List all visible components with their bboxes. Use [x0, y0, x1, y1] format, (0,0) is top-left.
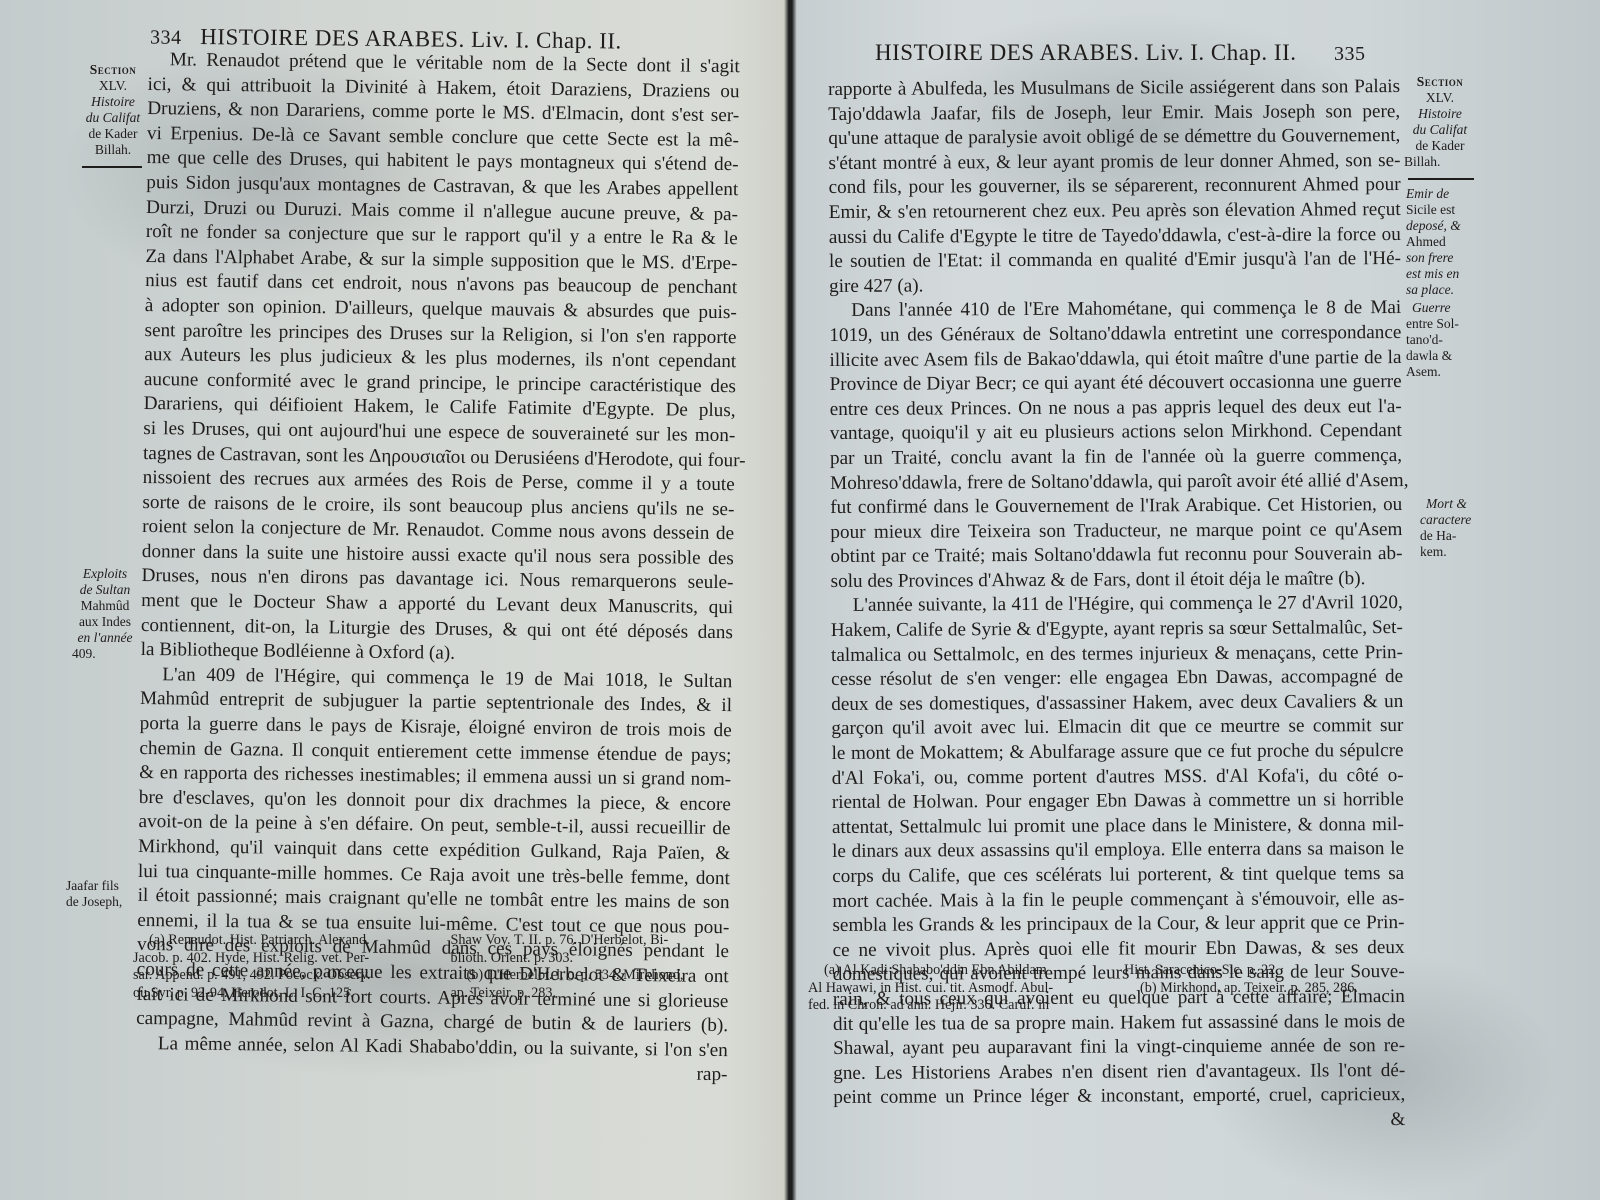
- text-line: qu'une attaque de paralysie avoit obligé…: [828, 124, 1400, 152]
- text-line: fut confirmé dans le Gouvernement de l'I…: [830, 493, 1402, 521]
- text-line: Hakem, Calife de Syrie & d'Egypte, ayant…: [831, 616, 1403, 644]
- text-line: solu des Provinces d'Ahwaz & de Fars, do…: [831, 567, 1403, 595]
- margin-note-exploits: Exploits de Sultan Mahmûd aux Indes en l…: [72, 566, 138, 662]
- margin-note-emir: Emir de Sicile est deposé, & Ahmed son f…: [1406, 186, 1476, 298]
- margin-line: Section: [78, 62, 148, 78]
- text-line: le mont de Mokattem; & Abulfarage assure…: [831, 739, 1403, 767]
- text-line: Mohreso'ddawla, frere de Soltano'ddawla,…: [830, 468, 1402, 496]
- text-line: cesse résolut de s'en venger: elle engag…: [831, 665, 1403, 693]
- footnote-line: blioth. Orient. p. 303.: [451, 950, 759, 968]
- text-line: attentat, Settalmulc lui promit une plac…: [832, 813, 1404, 841]
- text-line: pour mieux dire Teixeira son Traducteur,…: [830, 518, 1402, 546]
- text-line: riental de Holwan. Pour engager Ebn Dawa…: [832, 788, 1404, 816]
- text-line: Emir, & s'en retournerent chez eux. Peu …: [829, 198, 1401, 226]
- open-book-spread: 334 HISTOIRE DES ARABES. Liv. I. Chap. I…: [0, 0, 1600, 1200]
- text-line: le soutien de l'Etat: il commanda en qua…: [829, 247, 1401, 275]
- text-line: vantage, quoiqu'il y ait eu plusieurs ac…: [830, 419, 1402, 447]
- running-head-right: HISTOIRE DES ARABES. Liv. I. Chap. II. 3…: [875, 40, 1366, 66]
- margin-line: Section: [1404, 74, 1476, 90]
- margin-line: Mort &: [1420, 496, 1486, 512]
- margin-line: kem.: [1420, 544, 1486, 560]
- margin-line: caractere: [1420, 512, 1486, 528]
- text-line: obtint par ce Traité; mais Soltano'ddawl…: [830, 542, 1402, 570]
- footnote-column: (a) Al Kadi Shababo'ddin Ebn Abildam Al …: [808, 962, 1112, 1015]
- footnote-line: (b) Mirkhond, ap. Teixeir. p. 285, 286.: [1124, 980, 1428, 998]
- text-line: d'Al Foka'i, ou, comme portent d'autres …: [832, 764, 1404, 792]
- margin-line: du Califat: [78, 110, 148, 126]
- margin-line: Sicile est: [1406, 202, 1476, 218]
- margin-line: en l'année: [72, 630, 138, 646]
- footnote-line: (a) Renaudot. Hist. Patriarch. Alexand.: [133, 932, 441, 950]
- margin-line: de Kader: [78, 126, 148, 142]
- text-line: par un Traité, conclu avant la fin de l'…: [830, 444, 1402, 472]
- footnote-line: (a) Al Kadi Shababo'ddin Ebn Abildam: [808, 962, 1112, 980]
- margin-line: Histoire: [78, 94, 148, 110]
- margin-note-jaafar: Jaafar fils de Joseph,: [66, 878, 136, 910]
- page-number: 335: [1334, 43, 1366, 65]
- margin-line: sa place.: [1406, 282, 1476, 298]
- footnotes-left: (a) Renaudot. Hist. Patriarch. Alexand. …: [133, 932, 758, 1002]
- text-line: L'année suivante, la 411 de l'Hégire, qu…: [831, 591, 1403, 619]
- text-line: entre ces deux Princes. On ne nous a pas…: [830, 395, 1402, 423]
- text-line: Province de Diyar Becr; ce qui ayant été…: [830, 370, 1402, 398]
- margin-note-mort: Mort & caractere de Ha- kem.: [1420, 496, 1486, 560]
- margin-line: XLV.: [1404, 90, 1476, 106]
- margin-line: Emir de: [1406, 186, 1476, 202]
- text-line: 1019, un des Généraux de Soltano'ddawla …: [829, 321, 1401, 349]
- left-page: 334 HISTOIRE DES ARABES. Liv. I. Chap. I…: [0, 0, 770, 1200]
- text-line: illicite avec Asem fils de Bakao'ddawla,…: [829, 346, 1401, 374]
- footnote-line: Al Hawawi, in Hist. cui. tit. Asmodf. Ab…: [808, 980, 1112, 998]
- text-line: gne. Les Historiens Arabes n'en disent r…: [833, 1059, 1405, 1087]
- footnote-column: Hist. Saracenico-Sic. p. 22. (b) Mirkhon…: [1124, 962, 1428, 1015]
- running-head-title: HISTOIRE DES ARABES. Liv. I. Chap. II.: [875, 40, 1297, 65]
- margin-note-guerre: Guerre entre Sol- tano'd- dawla & Asem.: [1406, 300, 1476, 380]
- catchword: &: [833, 1108, 1405, 1136]
- margin-line: son frere: [1406, 250, 1476, 266]
- margin-line: de Sultan: [72, 582, 138, 598]
- text-line: aussi du Calife d'Egypte le titre de Tay…: [829, 223, 1401, 251]
- footnote-line: ap. Teixeir. p. 283.: [451, 985, 759, 1003]
- text-line: talmalica ou Settalmolc, en des termes i…: [831, 641, 1403, 669]
- margin-line: Billah.: [1404, 154, 1476, 170]
- text-line: s'étant montré à eux, & leur ayant promi…: [828, 149, 1400, 177]
- margin-line: entre Sol-: [1406, 316, 1476, 332]
- text-line: peint comme un Prince léger & inconstant…: [833, 1083, 1405, 1111]
- margin-line: Guerre: [1406, 300, 1476, 316]
- footnote-line: (b) D'Herbelot. l. c. p. 534. Mirkhond,: [451, 967, 759, 985]
- margin-line: Exploits: [72, 566, 138, 582]
- footnote-line: Jacob. p. 402. Hyde, Hist. Relig. vet. P…: [133, 950, 441, 968]
- margin-line: de Ha-: [1420, 528, 1486, 544]
- text-line: mort cachée. Mais à la fin le peuple com…: [832, 887, 1404, 915]
- margin-line: Histoire: [1404, 106, 1476, 122]
- footnote-line: fed. in Chron. ad ann. Hejir. 336. Caruf…: [808, 997, 1112, 1015]
- text-line: Shawal, ayant peu auparavant fini la vin…: [833, 1034, 1405, 1062]
- text-line: cond fils, pour les gouverner, ils se sé…: [829, 173, 1401, 201]
- margin-line: 409.: [72, 646, 138, 662]
- text-line: rapporte à Abulfeda, les Musulmans de Si…: [828, 75, 1400, 103]
- page-number: 334: [150, 27, 182, 49]
- margin-line: dawla &: [1406, 348, 1476, 364]
- margin-line: du Califat: [1404, 122, 1476, 138]
- text-line: corps du Calife, que ces scélérats lui p…: [832, 862, 1404, 890]
- text-line: sembla les Grands & les principaux de la…: [832, 911, 1404, 939]
- margin-line: tano'd-: [1406, 332, 1476, 348]
- margin-note-section: Section XLV. Histoire du Califat de Kade…: [1404, 74, 1476, 170]
- margin-line: XLV.: [78, 78, 148, 94]
- text-line: Tajo'ddawla Jaafar, fils de Joseph, leur…: [828, 100, 1400, 128]
- footnote-line: sar. Append. p. 491, 492. Pocock. Observ…: [133, 967, 441, 985]
- text-line: garçon qu'il avoit avec lui. Elmacin dit…: [831, 714, 1403, 742]
- margin-line: Ahmed: [1406, 234, 1476, 250]
- margin-line: Billah.: [78, 142, 148, 158]
- margin-note-section: Section XLV. Histoire du Califat de Kade…: [78, 62, 148, 158]
- margin-rule: [1408, 178, 1474, 180]
- right-page: HISTOIRE DES ARABES. Liv. I. Chap. II. 3…: [780, 0, 1600, 1200]
- margin-rule: [82, 166, 142, 168]
- margin-line: deposé, &: [1406, 218, 1476, 234]
- margin-line: est mis en: [1406, 266, 1476, 282]
- margin-line: Mahmûd: [72, 598, 138, 614]
- text-line: Dans l'année 410 de l'Ere Mahométane, qu…: [829, 296, 1401, 324]
- footnote-line: Shaw Voy. T. II. p. 76. D'Herbelot, Bi-: [451, 932, 759, 950]
- margin-line: aux Indes: [72, 614, 138, 630]
- footnote-column: Shaw Voy. T. II. p. 76. D'Herbelot, Bi- …: [451, 932, 759, 1002]
- text-line: le dinars aux deux assassins qu'il emplo…: [832, 837, 1404, 865]
- footnotes-right: (a) Al Kadi Shababo'ddin Ebn Abildam Al …: [808, 962, 1428, 1015]
- margin-line: de Kader: [1404, 138, 1476, 154]
- text-line: deux de ses domestiques, d'assassiner Ha…: [831, 690, 1403, 718]
- text-line: ce ne vivoit plus. Après quoi elle fit m…: [833, 936, 1405, 964]
- footnote-line: ou Syr. p. 92-94. Herodot. L. I. C. 125.: [133, 985, 441, 1003]
- footnote-column: (a) Renaudot. Hist. Patriarch. Alexand. …: [133, 932, 441, 1002]
- margin-line: de Joseph,: [66, 894, 136, 910]
- margin-line: Asem.: [1406, 364, 1476, 380]
- margin-line: Jaafar fils: [66, 878, 136, 894]
- footnote-line: Hist. Saracenico-Sic. p. 22.: [1124, 962, 1428, 980]
- text-line: gire 427 (a).: [829, 272, 1401, 300]
